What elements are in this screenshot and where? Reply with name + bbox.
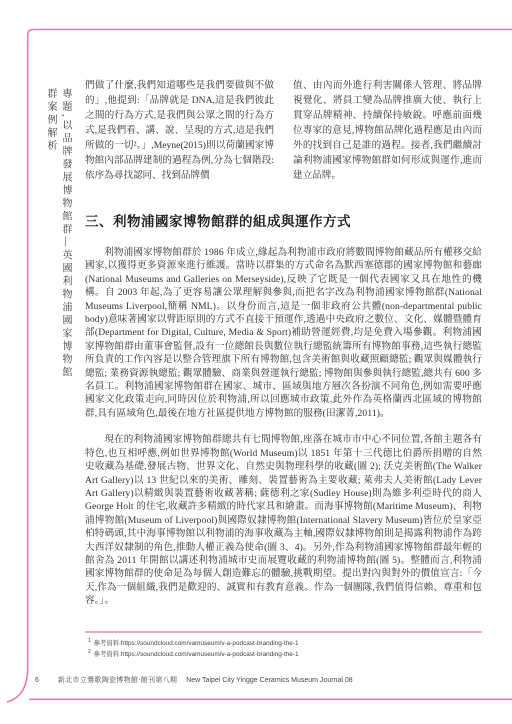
section-heading: 三、利物浦國家博物館群的組成與運作方式	[85, 210, 482, 230]
intro-two-column-block: 們做了什麼,我們知道哪些是我們要做與不做的」,他提到:「品牌就是 DNA,這是我…	[85, 78, 482, 183]
page-number: 6	[35, 677, 39, 684]
footnote-2-text: 參考資料:https://soundcloud.com/vamuseum/v-a…	[94, 651, 299, 658]
journal-title-chinese: 新北市立鶯歌陶瓷博物館‧館刊第八期	[58, 675, 177, 685]
footnote-1: 1 參考資料:https://soundcloud.com/vamuseum/v…	[88, 637, 482, 649]
footnote-2: 2 參考資料:https://soundcloud.com/vamuseum/v…	[88, 648, 482, 660]
body-paragraph-2: 現在的利物浦國家博物館群總共有七間博物館,座落在城市市中心不同位置,各館主題各有…	[85, 433, 482, 607]
intro-left-column: 們做了什麼,我們知道哪些是我們要做與不做的」,他提到:「品牌就是 DNA,這是我…	[85, 78, 274, 183]
footnote-separator-rule	[85, 631, 482, 633]
margin-article-title: 專題,以品牌發展博物館群—英國利物浦國家博物館群案例解析	[43, 88, 73, 388]
page-footer: 6 新北市立鶯歌陶瓷博物館‧館刊第八期 New Taipei City Ying…	[35, 675, 353, 685]
footnote-1-marker: 1	[88, 638, 91, 644]
footnote-1-text: 參考資料:https://soundcloud.com/vamuseum/v-a…	[94, 640, 299, 647]
footnote-2-marker: 2	[88, 649, 91, 655]
body-paragraph-1: 利物浦國家博物館群於 1986 年成立,緣起為利物浦市政府將數間博物館藏品所有權…	[85, 246, 482, 420]
journal-title-english: New Taipei City Yingge Ceramics Museum J…	[186, 677, 352, 684]
intro-right-column: 值、由內而外進行利害關係人管理、將品牌視覺化、將員工變為品牌推廣大使、執行上貫穿…	[293, 78, 482, 183]
page-content: 們做了什麼,我們知道哪些是我們要做與不做的」,他提到:「品牌就是 DNA,這是我…	[85, 78, 482, 660]
footnotes: 1 參考資料:https://soundcloud.com/vamuseum/v…	[85, 637, 482, 660]
journal-page: 專題,以品牌發展博物館群—英國利物浦國家博物館群案例解析 們做了什麼,我們知道哪…	[0, 0, 512, 724]
